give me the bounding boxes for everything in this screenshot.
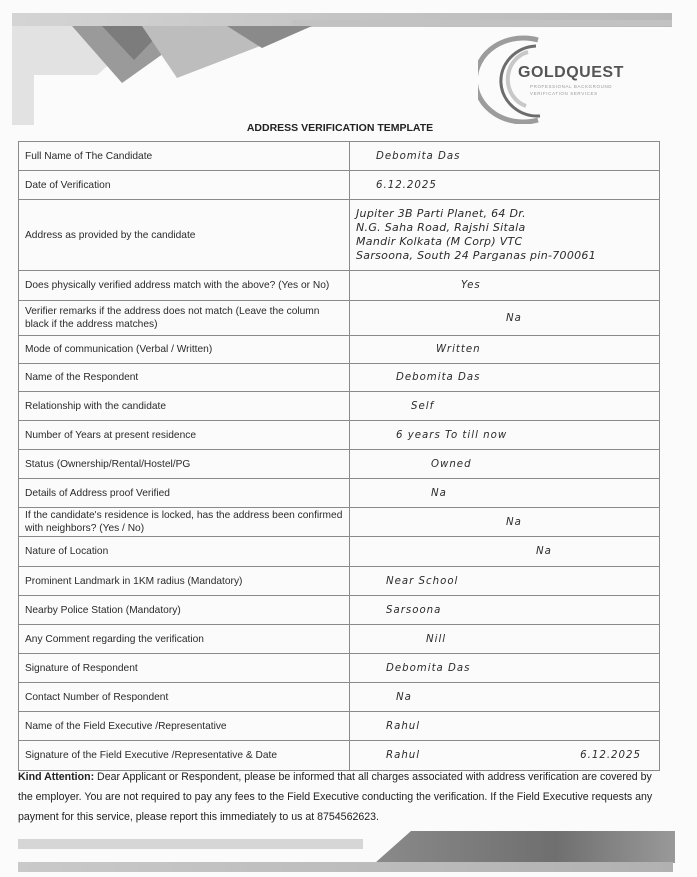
handwritten-value: 6.12.2025 <box>356 180 437 191</box>
table-row: Name of the Field Executive /Representat… <box>19 712 660 741</box>
table-row: Contact Number of RespondentNa <box>19 683 660 712</box>
field-value[interactable]: Jupiter 3B Parti Planet, 64 Dr.N.G. Saha… <box>350 200 660 271</box>
brand-tagline-1: PROFESSIONAL BACKGROUND <box>530 84 612 89</box>
table-row: Date of Verification6.12.2025 <box>19 171 660 200</box>
handwritten-value: Nill <box>356 634 446 645</box>
field-label: Contact Number of Respondent <box>19 683 350 712</box>
field-label: Signature of the Field Executive /Repres… <box>19 741 350 771</box>
table-row: Number of Years at present residence6 ye… <box>19 421 660 450</box>
notice-lead: Kind Attention: <box>18 771 94 783</box>
table-row: Prominent Landmark in 1KM radius (Mandat… <box>19 567 660 596</box>
field-value[interactable]: Yes <box>350 271 660 301</box>
table-row: Any Comment regarding the verificationNi… <box>19 625 660 654</box>
field-label: Name of the Respondent <box>19 364 350 392</box>
field-value[interactable]: Sarsoona <box>350 596 660 625</box>
field-value[interactable]: Debomita Das <box>350 654 660 683</box>
handwritten-value: Rahul <box>356 721 420 732</box>
field-label: Nearby Police Station (Mandatory) <box>19 596 350 625</box>
handwritten-value: Self <box>356 401 434 412</box>
verification-form-table: Full Name of The CandidateDebomita DasDa… <box>18 141 660 771</box>
handwritten-value: Debomita Das <box>356 663 470 674</box>
handwritten-value: Sarsoona <box>356 605 441 616</box>
field-value[interactable]: Nill <box>350 625 660 654</box>
handwritten-value: Na <box>356 546 552 557</box>
field-value[interactable]: Rahul <box>350 712 660 741</box>
address-line: N.G. Saha Road, Rajshi Sitala <box>356 221 653 235</box>
field-value[interactable]: Na <box>350 301 660 336</box>
table-row: Name of the RespondentDebomita Das <box>19 364 660 392</box>
footer-band-dark <box>375 831 675 863</box>
field-value[interactable]: Na <box>350 537 660 567</box>
field-label: Any Comment regarding the verification <box>19 625 350 654</box>
field-label: Address as provided by the candidate <box>19 200 350 271</box>
field-value[interactable]: Na <box>350 683 660 712</box>
handwritten-value: Rahul <box>356 750 420 761</box>
table-row: Full Name of The CandidateDebomita Das <box>19 142 660 171</box>
table-row: Status (Ownership/Rental/Hostel/PGOwned <box>19 450 660 479</box>
page-title: ADDRESS VERIFICATION TEMPLATE <box>0 122 680 134</box>
field-value[interactable]: Na <box>350 479 660 508</box>
table-row: Mode of communication (Verbal / Written)… <box>19 336 660 364</box>
field-label: Prominent Landmark in 1KM radius (Mandat… <box>19 567 350 596</box>
field-label: Does physically verified address match w… <box>19 271 350 301</box>
field-label: If the candidate's residence is locked, … <box>19 508 350 537</box>
table-row: Does physically verified address match w… <box>19 271 660 301</box>
field-value[interactable]: Debomita Das <box>350 142 660 171</box>
field-value[interactable]: 6.12.2025 <box>350 171 660 200</box>
notice-text: Dear Applicant or Respondent, please be … <box>18 771 652 823</box>
handwritten-value: Na <box>356 692 412 703</box>
field-label: Mode of communication (Verbal / Written) <box>19 336 350 364</box>
table-row: Nature of LocationNa <box>19 537 660 567</box>
address-line: Sarsoona, South 24 Parganas pin-700061 <box>356 249 653 263</box>
field-value[interactable]: Na <box>350 508 660 537</box>
table-row: Verifier remarks if the address does not… <box>19 301 660 336</box>
field-value[interactable]: Near School <box>350 567 660 596</box>
field-label: Name of the Field Executive /Representat… <box>19 712 350 741</box>
table-row: Signature of the Field Executive /Repres… <box>19 741 660 771</box>
table-row: If the candidate's residence is locked, … <box>19 508 660 537</box>
field-value[interactable]: Rahul6.12.2025 <box>350 741 660 771</box>
handwritten-value: Near School <box>356 576 458 587</box>
field-label: Full Name of The Candidate <box>19 142 350 171</box>
field-label: Status (Ownership/Rental/Hostel/PG <box>19 450 350 479</box>
footer-band <box>18 862 673 872</box>
handwritten-value: Owned <box>356 459 472 470</box>
goldquest-logo: GOLDQUEST PROFESSIONAL BACKGROUND VERIFI… <box>478 34 668 124</box>
field-value[interactable]: Written <box>350 336 660 364</box>
handwritten-value: Na <box>356 313 522 324</box>
table-row: Details of Address proof VerifiedNa <box>19 479 660 508</box>
table-row: Address as provided by the candidateJupi… <box>19 200 660 271</box>
field-value[interactable]: Debomita Das <box>350 364 660 392</box>
field-label: Relationship with the candidate <box>19 392 350 421</box>
handwritten-value: Na <box>356 517 522 528</box>
handwritten-value: Debomita Das <box>356 151 460 162</box>
field-value[interactable]: Owned <box>350 450 660 479</box>
field-value[interactable]: Self <box>350 392 660 421</box>
address-line: Jupiter 3B Parti Planet, 64 Dr. <box>356 207 653 221</box>
kind-attention-notice: Kind Attention: Dear Applicant or Respon… <box>18 767 668 827</box>
field-label: Signature of Respondent <box>19 654 350 683</box>
field-label: Verifier remarks if the address does not… <box>19 301 350 336</box>
brand-name: GOLDQUEST <box>518 64 624 82</box>
handwritten-date: 6.12.2025 <box>580 749 641 762</box>
handwritten-value: Written <box>356 344 481 355</box>
field-label: Nature of Location <box>19 537 350 567</box>
field-label: Date of Verification <box>19 171 350 200</box>
brand-tagline-2: VERIFICATION SERVICES <box>530 91 598 96</box>
footer-band-light <box>18 839 363 849</box>
table-row: Nearby Police Station (Mandatory)Sarsoon… <box>19 596 660 625</box>
table-row: Signature of RespondentDebomita Das <box>19 654 660 683</box>
handwritten-value: Debomita Das <box>356 372 480 383</box>
handwritten-value: Na <box>356 488 447 499</box>
field-label: Number of Years at present residence <box>19 421 350 450</box>
table-row: Relationship with the candidateSelf <box>19 392 660 421</box>
field-value[interactable]: 6 years To till now <box>350 421 660 450</box>
handwritten-value: 6 years To till now <box>356 430 507 441</box>
handwritten-value: Yes <box>356 280 481 291</box>
field-label: Details of Address proof Verified <box>19 479 350 508</box>
address-line: Mandir Kolkata (M Corp) VTC <box>356 235 653 249</box>
